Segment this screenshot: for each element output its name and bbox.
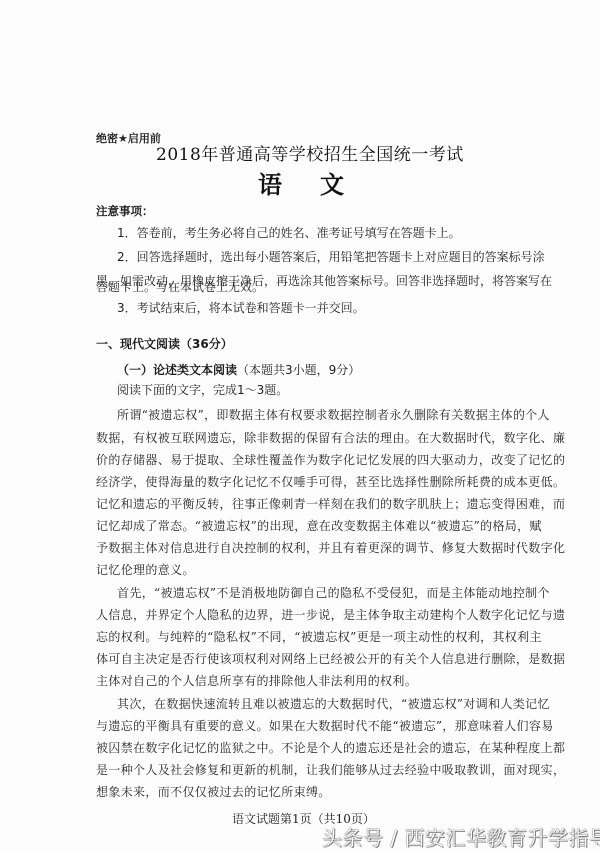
source-watermark: 头条号 / 西安汇华教育升学指导 xyxy=(322,822,600,851)
passage-line: 所谓“被遗忘权”，即数据主体有权要求数据控制者永久删除有关数据主体的个人 xyxy=(117,406,550,423)
passage-line: 记忆伦理的意义。 xyxy=(96,561,195,578)
subject-char-2: 文 xyxy=(320,165,344,200)
subject-char-1: 语 xyxy=(258,165,282,200)
passage-line: 与遗忘的平衡具有重要的意义。如果在大数据时代不能“被遗忘”，那意味着人们容易 xyxy=(96,717,554,734)
subsection-heading: （一）论述类文本阅读（本题共3小题，9分） xyxy=(117,361,360,378)
notice-line: 3．考试结束后，将本试卷和答题卡一并交回。 xyxy=(117,302,365,314)
exam-page: 绝密★启用前 2018年普通高等学校招生全国统一考试 语文 注意事项： 1．答卷… xyxy=(0,0,600,851)
passage-line: 想象未来，而不仅仅被过去的记忆所束缚。 xyxy=(96,783,331,800)
passage-line: 记忆和遗忘的平衡反转，往事正像刺青一样刻在我们的数字肌肤上；遗忘变得困难，而 xyxy=(96,495,565,512)
notice-heading: 注意事项： xyxy=(96,203,154,219)
passage-line: 主体对自己的个人信息所享有的排除他人非法利用的权利。 xyxy=(96,672,417,689)
passage-line: 记忆却成了常态。“被遗忘权”的出现，意在改变数据主体难以“被遗忘”的格局，赋 xyxy=(96,517,542,534)
passage-line: 价的存储器、易于提取、全球性覆盖作为数字化记忆发展的四大驱动力，改变了记忆的 xyxy=(96,451,565,468)
subject-title: 语文 xyxy=(258,165,344,200)
passage-line: 忘的权利。与纯粹的“隐私权”不同，“被遗忘权”更是一项主动性的权利，其权利主 xyxy=(96,628,542,645)
subsection-note: （本题共3小题，9分） xyxy=(237,363,360,377)
reading-instruction: 阅读下面的文字，完成1～3题。 xyxy=(117,384,288,396)
passage-line: 被囚禁在数字化记忆的监狱之中。不论是个人的遗忘还是社会的遗忘，在某种程度上都 xyxy=(96,739,565,756)
passage-line: 予数据主体对信息进行自决控制的权利，并且有着更深的调节、修复大数据时代数字化 xyxy=(96,539,565,556)
classified-label: 绝密★启用前 xyxy=(96,130,161,146)
notice-line: 答题卡上。写在本试卷上无效。 xyxy=(96,281,264,293)
passage-line: 是一种个人及社会修复和更新的机制，让我们能够从过去经验中吸取教训，面对现实， xyxy=(96,761,565,778)
passage-line: 体可自主决定是否行使该项权利对网络上已经被公开的有关个人信息进行删除，是数据 xyxy=(96,650,565,667)
section-heading: 一、现代文阅读（36分） xyxy=(96,335,233,352)
passage-line: 首先，“被遗忘权”不是消极地防御自己的隐私不受侵犯，而是主体能动地控制个 xyxy=(117,584,550,601)
notice-line: 2．回答选择题时，选出每小题答案后，用铅笔把答题卡上对应题目的答案标号涂 xyxy=(117,251,545,263)
passage-line: 人信息，并界定个人隐私的边界，进一步说，是主体争取主动建构个人数字化记忆与遗 xyxy=(96,606,565,623)
notice-line: 1．答卷前，考生务必将自己的姓名、准考证号填写在答题卡上。 xyxy=(117,227,461,239)
subsection-title: （一）论述类文本阅读 xyxy=(117,363,237,377)
passage-line: 经济学，使得海量的数字化记忆不仅唾手可得，甚至比选择性删除所耗费的成本更低。 xyxy=(96,473,565,490)
passage-line: 其次，在数据快速流转且难以被遗忘的大数据时代，“被遗忘权”对调和人类记忆 xyxy=(117,695,550,712)
exam-title: 2018年普通高等学校招生全国统一考试 xyxy=(156,140,464,165)
passage-line: 数据，有权被互联网遗忘，除非数据的保留有合法的理由。在大数据时代，数字化、廉 xyxy=(96,429,565,446)
